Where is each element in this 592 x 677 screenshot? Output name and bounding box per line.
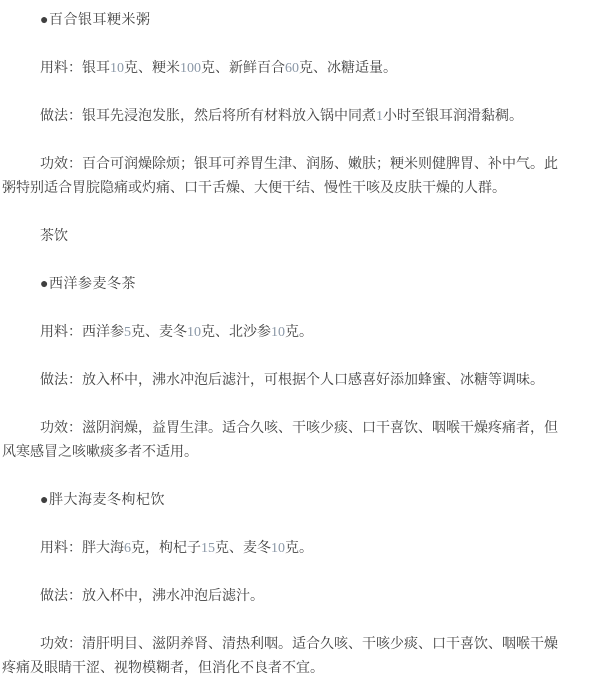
effect-paragraph: 功效：清肝明目、滋阴养肾、清热利咽。适合久咳、干咳少痰、口干喜饮、咽喉干燥疼痛及…	[2, 633, 568, 677]
recipe-title: ●胖大海麦冬枸杞饮	[2, 489, 568, 513]
ingredients-paragraph: 用料：银耳10克、粳米100克、新鲜百合60克、冰糖适量。	[2, 57, 568, 81]
ingredients-paragraph: 用料：西洋参5克、麦冬10克、北沙参10克。	[2, 321, 568, 345]
effect-paragraph: 功效：百合可润燥除烦；银耳可养胃生津、润肠、嫩肤；粳米则健脾胃、补中气。此粥特别…	[2, 153, 568, 201]
recipe-article: ●百合银耳粳米粥 用料：银耳10克、粳米100克、新鲜百合60克、冰糖适量。 做…	[0, 0, 592, 677]
method-paragraph: 做法：放入杯中，沸水冲泡后滤汁。	[2, 585, 568, 609]
ingredients-paragraph: 用料：胖大海6克，枸杞子15克、麦冬10克。	[2, 537, 568, 561]
recipe-title: ●西洋参麦冬茶	[2, 273, 568, 297]
recipe-title: ●百合银耳粳米粥	[2, 9, 568, 33]
method-paragraph: 做法：放入杯中，沸水冲泡后滤汁，可根据个人口感喜好添加蜂蜜、冰糖等调味。	[2, 369, 568, 393]
method-paragraph: 做法：银耳先浸泡发胀，然后将所有材料放入锅中同煮1小时至银耳润滑黏稠。	[2, 105, 568, 129]
effect-paragraph: 功效：滋阴润燥，益胃生津。适合久咳、干咳少痰、口干喜饮、咽喉干燥疼痛者，但风寒感…	[2, 417, 568, 465]
section-heading: 茶饮	[2, 225, 568, 249]
